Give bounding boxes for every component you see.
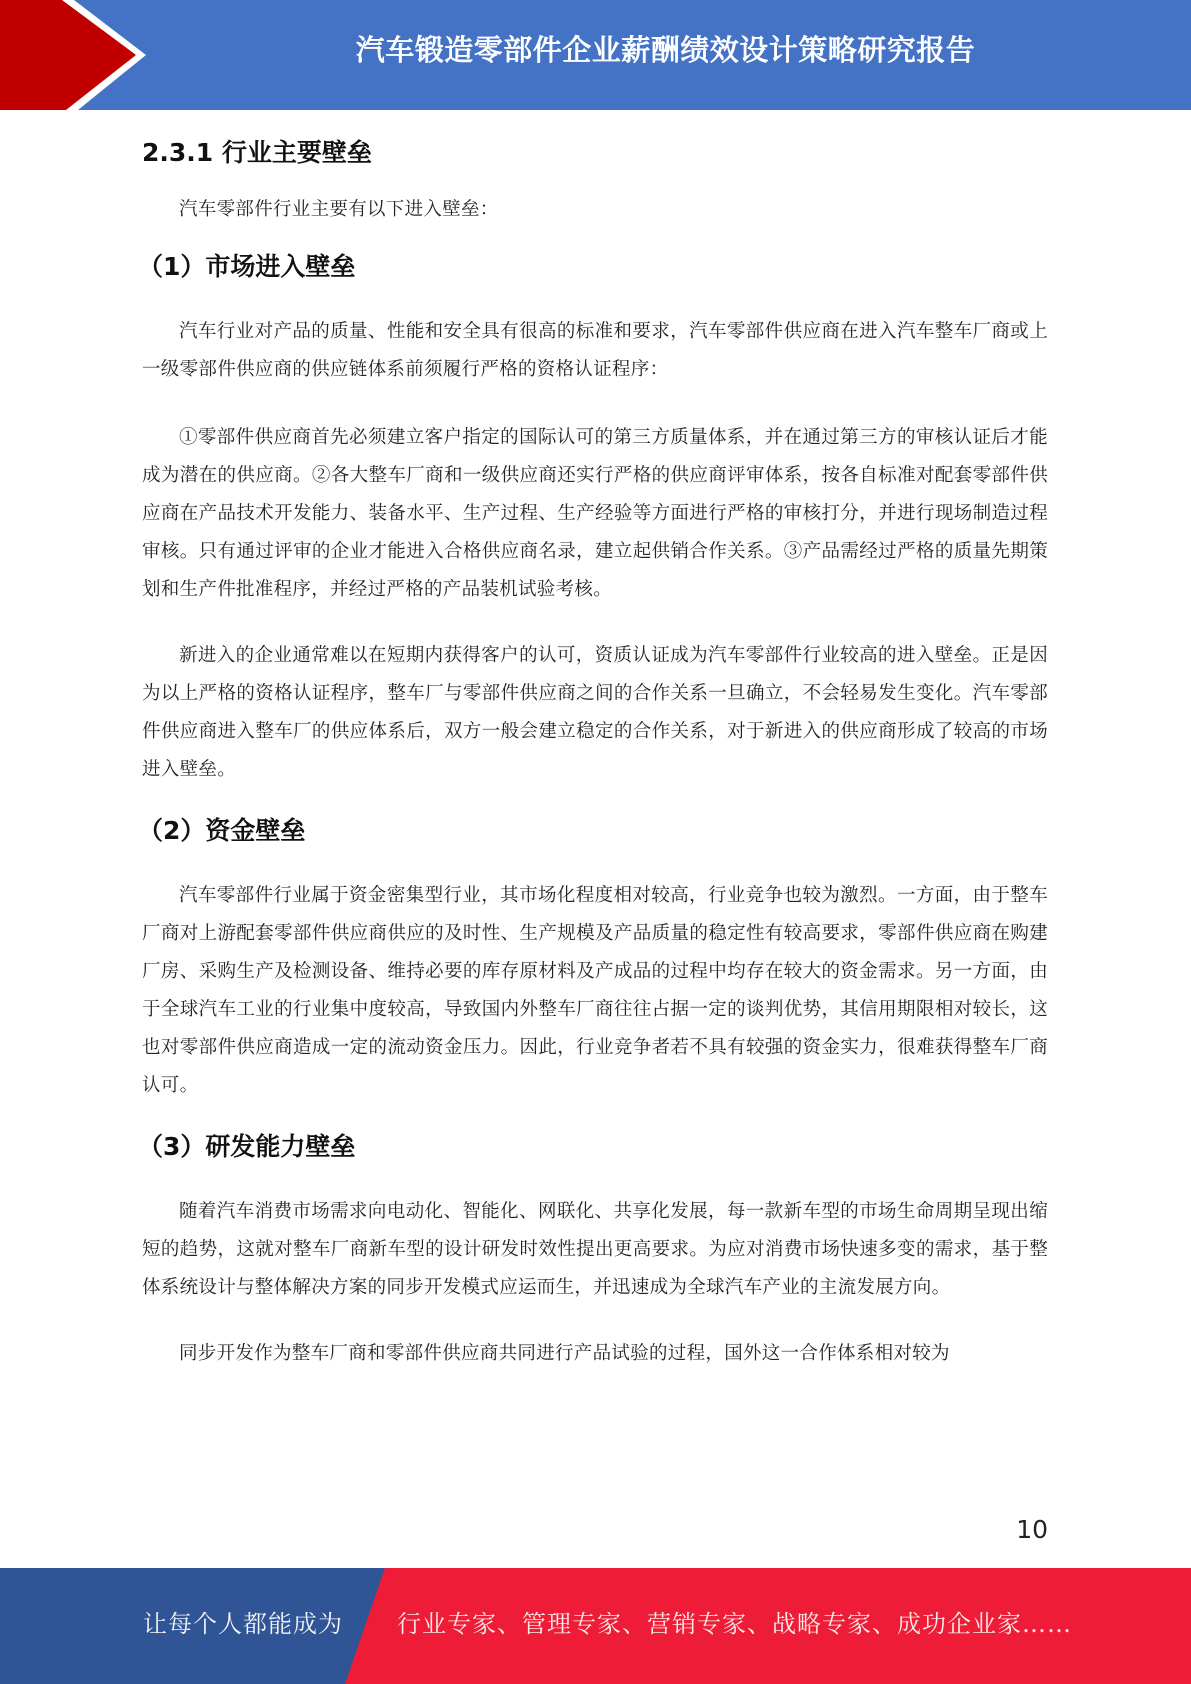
subsection-heading-market: （1）市场进入壁垒	[138, 247, 1048, 287]
footer-slogan-right: 行业专家、管理专家、营销专家、战略专家、成功企业家……	[397, 1606, 1072, 1642]
section-heading: 2.3.1 行业主要壁垒	[142, 133, 1048, 173]
paragraph: 汽车行业对产品的质量、性能和安全具有很高的标准和要求，汽车零部件供应商在进入汽车…	[142, 313, 1048, 389]
page-footer-band: 让每个人都能成为 行业专家、管理专家、营销专家、战略专家、成功企业家……	[0, 1568, 1191, 1684]
intro-paragraph: 汽车零部件行业主要有以下进入壁垒：	[142, 191, 1048, 229]
page-header-band: 汽车锻造零部件企业薪酬绩效设计策略研究报告	[0, 0, 1191, 110]
paragraph: 同步开发作为整车厂商和零部件供应商共同进行产品试验的过程，国外这一合作体系相对较…	[142, 1335, 1048, 1373]
page-number: 10	[1016, 1515, 1048, 1544]
report-title: 汽车锻造零部件企业薪酬绩效设计策略研究报告	[140, 30, 1191, 70]
footer-slogan-left: 让每个人都能成为	[143, 1606, 343, 1642]
paragraph: ①零部件供应商首先必须建立客户指定的国际认可的第三方质量体系，并在通过第三方的审…	[142, 419, 1048, 609]
subsection-heading-capital: （2）资金壁垒	[138, 811, 1048, 851]
paragraph: 汽车零部件行业属于资金密集型行业，其市场化程度相对较高，行业竞争也较为激烈。一方…	[142, 877, 1048, 1105]
subsection-heading-rnd: （3）研发能力壁垒	[138, 1127, 1048, 1167]
paragraph: 随着汽车消费市场需求向电动化、智能化、网联化、共享化发展，每一款新车型的市场生命…	[142, 1193, 1048, 1307]
paragraph: 新进入的企业通常难以在短期内获得客户的认可，资质认证成为汽车零部件行业较高的进入…	[142, 637, 1048, 789]
document-body: 2.3.1 行业主要壁垒 汽车零部件行业主要有以下进入壁垒： （1）市场进入壁垒…	[142, 125, 1048, 1373]
